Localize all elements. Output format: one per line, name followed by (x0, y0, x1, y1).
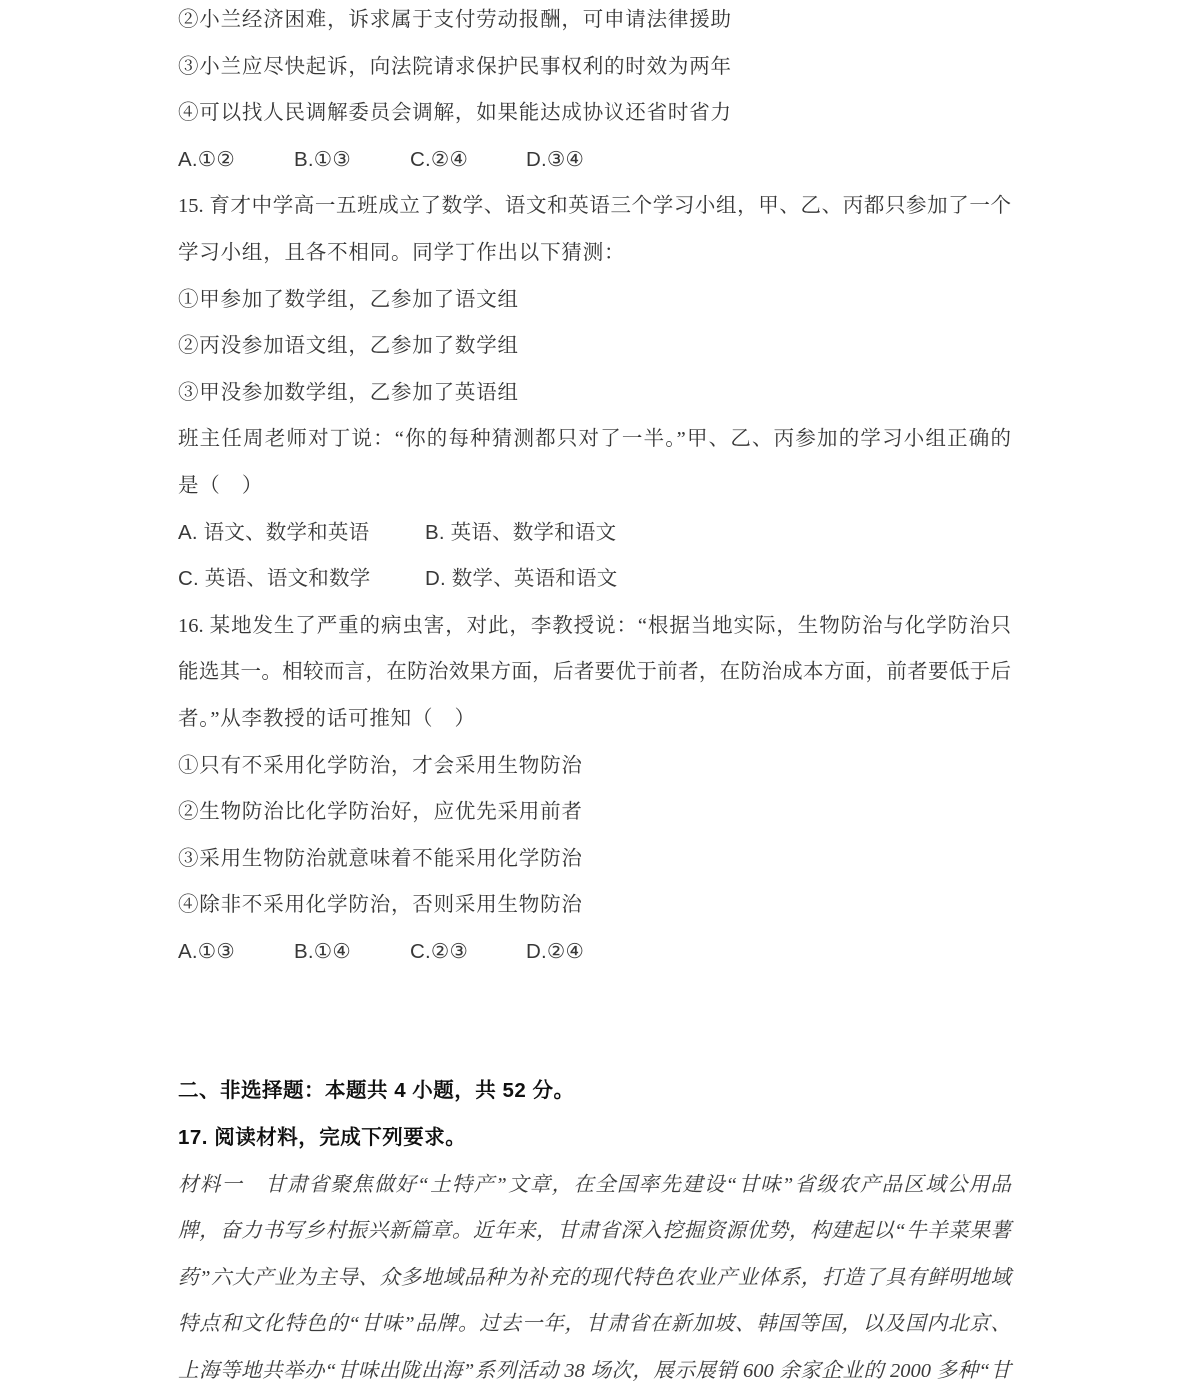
q15-stem-line-4: 是（ ） (178, 463, 1011, 510)
q15-choice-c: C. 英语、语文和数学 (178, 556, 425, 603)
q16-statement-4: ④除非不采用化学防治，否则采用生物防治 (178, 882, 1011, 929)
q15-choice-b: B. 英语、数学和语文 (425, 510, 616, 557)
section-2-header: 二、非选择题：本题共 4 小题，共 52 分。 (178, 1068, 1011, 1115)
q15-stem-line-3: 班主任周老师对丁说：“你的每种猜测都只对了一半。”甲、乙、丙参加的学习小组正确的 (178, 416, 1011, 463)
exam-document-page: ②小兰经济困难，诉求属于支付劳动报酬，可申请法律援助 ③小兰应尽快起诉，向法院请… (0, 0, 1190, 1387)
q16-statement-1: ①只有不采用化学防治，才会采用生物防治 (178, 743, 1011, 790)
q14-choices-row: A.①②B.①③C.②④D.③④ (178, 137, 1011, 184)
q14-choice-b: B.①③ (294, 137, 410, 184)
q16-choice-d: D.②④ (526, 929, 584, 976)
q16-statement-2: ②生物防治比化学防治好，应优先采用前者 (178, 789, 1011, 836)
q15-choice-a: A. 语文、数学和英语 (178, 510, 425, 557)
q15-guess-1: ①甲参加了数学组，乙参加了语文组 (178, 277, 1011, 324)
q14-choice-c: C.②④ (410, 137, 526, 184)
q16-choice-c: C.②③ (410, 929, 526, 976)
q16-choices-row: A.①③B.①④C.②③D.②④ (178, 929, 1011, 976)
q14-choice-d: D.③④ (526, 137, 584, 184)
q16-statement-3: ③采用生物防治就意味着不能采用化学防治 (178, 836, 1011, 883)
q16-stem-line-1: 16. 某地发生了严重的病虫害，对此，李教授说：“根据当地实际，生物防治与化学防… (178, 603, 1011, 650)
q16-stem-line-2: 能选其一。相较而言，在防治效果方面，后者要优于前者，在防治成本方面，前者要低于后 (178, 649, 1011, 696)
q17-material-line-5: 上海等地共举办“甘味出陇出海”系列活动 38 场次，展示展销 600 余家企业的… (178, 1348, 1011, 1387)
q14-statement-2: ②小兰经济困难，诉求属于支付劳动报酬，可申请法律援助 (178, 0, 1011, 44)
q17-header: 17. 阅读材料，完成下列要求。 (178, 1115, 1011, 1162)
q17-material-line-2: 牌，奋力书写乡村振兴新篇章。近年来，甘肃省深入挖掘资源优势，构建起以“牛羊菜果薯 (178, 1208, 1011, 1255)
q16-stem-line-3: 者。”从李教授的话可推知（ ） (178, 696, 1011, 743)
q15-stem-line-1: 15. 育才中学高一五班成立了数学、语文和英语三个学习小组，甲、乙、丙都只参加了… (178, 183, 1011, 230)
q16-choice-a: A.①③ (178, 929, 294, 976)
q15-choice-d: D. 数学、英语和语文 (425, 556, 617, 603)
q14-statement-3: ③小兰应尽快起诉，向法院请求保护民事权利的时效为两年 (178, 44, 1011, 91)
q15-choices-row-2: C. 英语、语文和数学D. 数学、英语和语文 (178, 556, 1011, 603)
q15-choices-row-1: A. 语文、数学和英语B. 英语、数学和语文 (178, 510, 1011, 557)
section-gap (178, 975, 1011, 1068)
q15-guess-3: ③甲没参加数学组，乙参加了英语组 (178, 370, 1011, 417)
q17-material-line-3: 药”六大产业为主导、众多地域品种为补充的现代特色农业产业体系，打造了具有鲜明地域 (178, 1255, 1011, 1302)
q14-choice-a: A.①② (178, 137, 294, 184)
q15-stem-line-2: 学习小组，且各不相同。同学丁作出以下猜测： (178, 230, 1011, 277)
q17-material-line-1: 材料一 甘肃省聚焦做好“土特产”文章，在全国率先建设“甘味”省级农产品区域公用品 (178, 1162, 1011, 1209)
q17-material-line-4: 特点和文化特色的“甘味”品牌。过去一年，甘肃省在新加坡、韩国等国，以及国内北京、 (178, 1301, 1011, 1348)
exam-content: ②小兰经济困难，诉求属于支付劳动报酬，可申请法律援助 ③小兰应尽快起诉，向法院请… (178, 0, 1011, 1387)
q15-guess-2: ②丙没参加语文组，乙参加了数学组 (178, 323, 1011, 370)
q16-choice-b: B.①④ (294, 929, 410, 976)
q14-statement-4: ④可以找人民调解委员会调解，如果能达成协议还省时省力 (178, 90, 1011, 137)
